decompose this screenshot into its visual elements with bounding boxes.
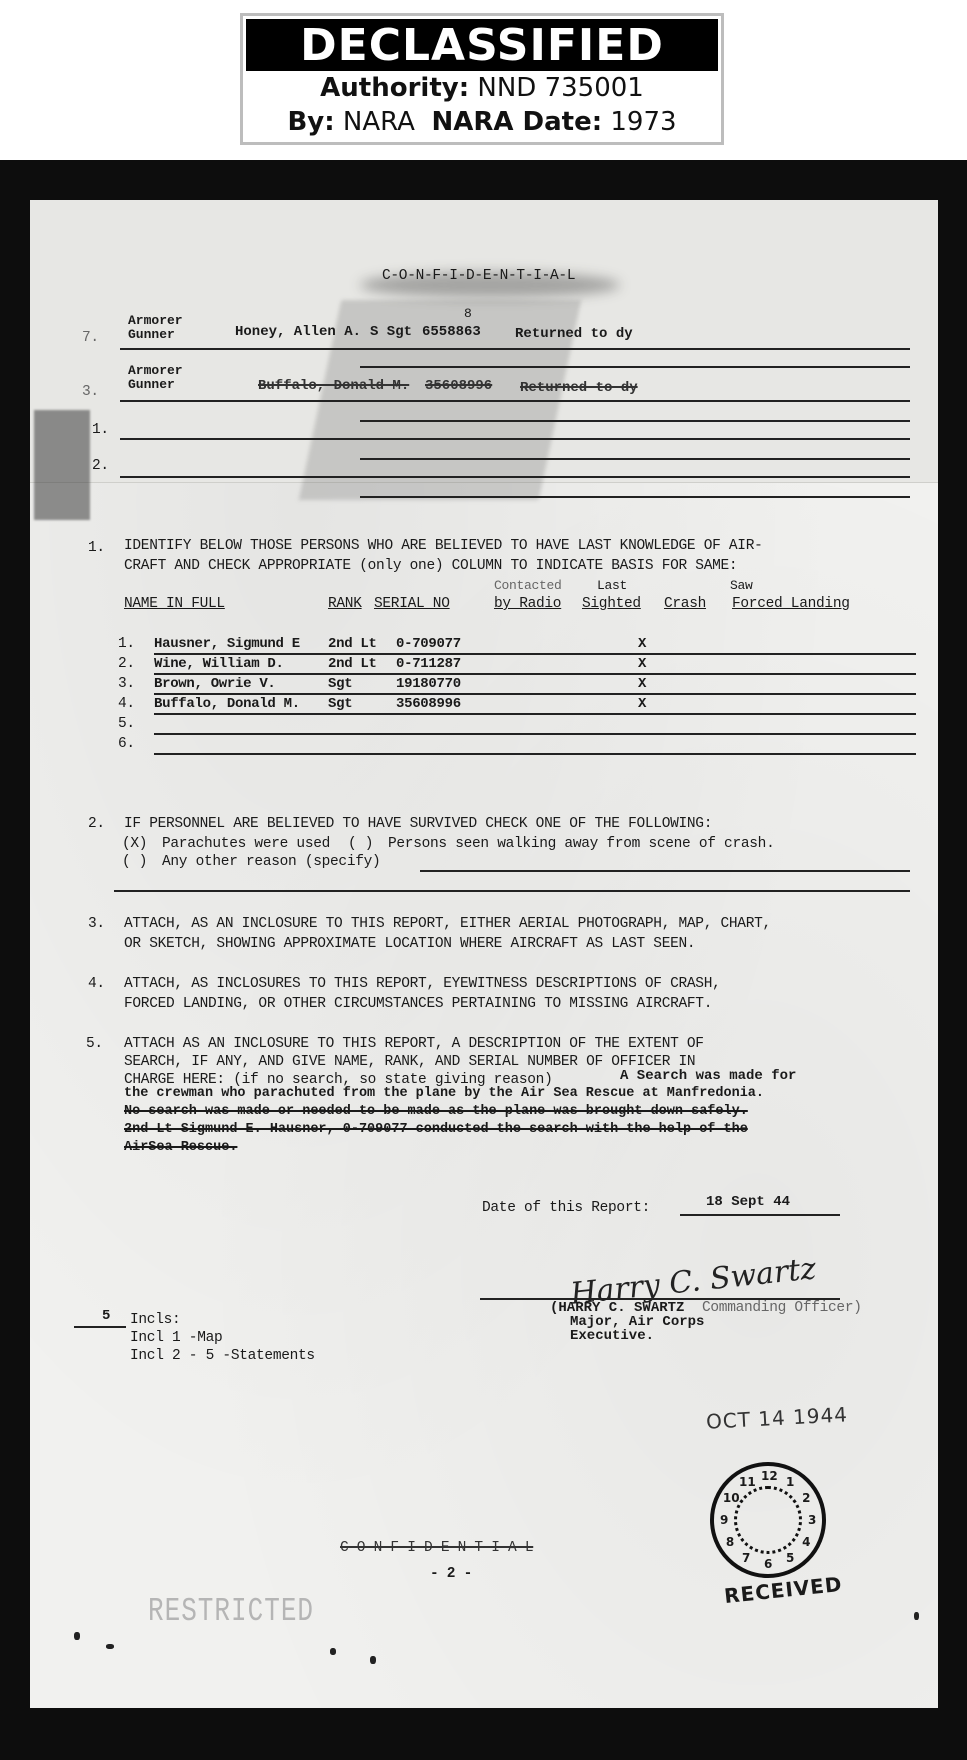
person-name: Hausner, Sigmund E [154, 636, 300, 652]
clock-hour-label: 10 [723, 1491, 740, 1505]
inclosures-count: 5 [102, 1308, 110, 1324]
search-description-struck: 2nd Lt Sigmund E. Hausner, 0-709077 cond… [124, 1122, 748, 1137]
crew-entry-serial: 6558863 [422, 324, 481, 340]
option-label-parachutes: Parachutes were used [162, 836, 330, 852]
section4-text: FORCED LANDING, OR OTHER CIRCUMSTANCES P… [124, 996, 712, 1012]
table-row: 1.Hausner, Sigmund E2nd Lt0-709077X [118, 636, 918, 656]
form-line [154, 753, 916, 755]
blank-line-number: 1. [92, 422, 109, 438]
person-serial: 0-711287 [396, 656, 461, 672]
received-stamp-date: OCT 14 1944 [705, 1402, 848, 1433]
section1-text: CRAFT AND CHECK APPROPRIATE (only one) C… [124, 558, 737, 574]
person-rank: 2nd Lt [328, 636, 377, 652]
section5-text: ATTACH AS AN INCLOSURE TO THIS REPORT, A… [124, 1036, 704, 1052]
document-page: C-O-N-F-I-D-E-N-T-I-A-L 7. Armorer Gunne… [30, 200, 938, 1708]
form-line [360, 496, 910, 498]
search-description-struck: No search was made or needed to be made … [124, 1104, 748, 1119]
report-date-value: 18 Sept 44 [706, 1194, 790, 1210]
search-description-typed: the crewman who parachuted from the plan… [124, 1086, 764, 1101]
clock-hour-label: 4 [802, 1535, 810, 1549]
form-line [120, 400, 910, 402]
person-name: Brown, Owrie V. [154, 676, 276, 692]
form-line [360, 458, 910, 460]
search-description-struck: AirSea Rescue. [124, 1140, 237, 1155]
option-label-walking: Persons seen walking away from scene of … [388, 836, 774, 852]
crew-entry-name: Honey, Allen A. [235, 324, 361, 340]
option-checkbox-other: ( ) [122, 854, 147, 870]
tape-mark [34, 410, 90, 520]
search-description-typed: A Search was made for [620, 1068, 796, 1084]
declassified-banner: DECLASSIFIED Authority: NND 735001 By: N… [240, 13, 724, 145]
option-checkbox-walking: ( ) [348, 836, 373, 852]
person-serial: 19180770 [396, 676, 461, 692]
basis-mark: X [638, 636, 646, 652]
option-checkbox-parachutes: (X) [122, 836, 147, 852]
basis-mark: X [638, 696, 646, 712]
table-row: 6. [118, 736, 918, 756]
clock-stamp-icon: 121234567891011 [710, 1462, 826, 1578]
crew-entry-rank: S Sgt [370, 324, 412, 340]
row-number: 4. [118, 696, 135, 712]
ink-speck [914, 1612, 919, 1620]
form-line [154, 693, 916, 695]
clock-hour-label: 9 [720, 1513, 728, 1527]
inclosure-item: Incl 1 -Map [130, 1330, 222, 1346]
form-line [360, 420, 910, 422]
banner-by: By: NARA NARA Date: 1973 [243, 105, 721, 139]
signer-title-form: Commanding Officer) [702, 1300, 862, 1316]
form-line [120, 476, 910, 478]
form-line [360, 366, 910, 368]
row-number: 3. [118, 676, 135, 692]
banner-authority: Authority: NND 735001 [243, 71, 721, 105]
crew-entry-serial-obscured: 35608996 [425, 378, 492, 394]
inclosures-label: Incls: [130, 1312, 180, 1328]
ink-speck [330, 1648, 336, 1655]
table-row: 2.Wine, William D.2nd Lt0-711287X [118, 656, 918, 676]
table-row: 4.Buffalo, Donald M.Sgt35608996X [118, 696, 918, 716]
crew-entry-number: 3. [82, 384, 99, 400]
signer-role: Executive. [570, 1328, 654, 1344]
row-number: 2. [118, 656, 135, 672]
blank-line-number: 2. [92, 458, 109, 474]
clock-hour-label: 5 [786, 1551, 794, 1565]
person-name: Wine, William D. [154, 656, 284, 672]
clock-hour-label: 12 [761, 1469, 778, 1483]
section-number: 3. [88, 916, 105, 932]
crew-entry-name-obscured: Buffalo, Donald M. [258, 378, 409, 394]
table-row: 5. [118, 716, 918, 736]
form-line [154, 713, 916, 715]
clock-hour-label: 7 [742, 1551, 750, 1565]
crew-entry-status: Returned to dy [520, 380, 638, 396]
ink-speck [370, 1656, 376, 1664]
ink-speck [74, 1632, 80, 1640]
page-number: - 2 - [430, 1566, 472, 1582]
clock-hour-label: 3 [808, 1513, 816, 1527]
person-rank: Sgt [328, 696, 352, 712]
header-classification: C-O-N-F-I-D-E-N-T-I-A-L [382, 268, 575, 284]
row-number: 5. [118, 716, 135, 732]
column-header-forced: Forced Landing [732, 596, 850, 612]
section-number: 5. [86, 1036, 103, 1052]
crew-entry-position: Armorer Gunner [128, 364, 183, 392]
column-header-rank: RANK [328, 596, 362, 612]
basis-mark: X [638, 656, 646, 672]
column-header-sighted-top: Last [597, 578, 627, 593]
section-number: 2. [88, 816, 105, 832]
ink-speck [106, 1644, 114, 1649]
clock-hour-label: 1 [786, 1475, 794, 1489]
column-header-sighted: Sighted [582, 596, 641, 612]
person-name: Buffalo, Donald M. [154, 696, 300, 712]
crew-entry-status: Returned to dy [515, 326, 633, 342]
person-rank: Sgt [328, 676, 352, 692]
form-line [154, 673, 916, 675]
column-header-crash: Crash [664, 596, 706, 612]
person-serial: 0-709077 [396, 636, 461, 652]
column-header-serial: SERIAL NO [374, 596, 450, 612]
section4-text: ATTACH, AS INCLOSURES TO THIS REPORT, EY… [124, 976, 721, 992]
option-label-other: Any other reason (specify) [162, 854, 380, 870]
form-line [154, 653, 916, 655]
banner-title: DECLASSIFIED [246, 19, 718, 71]
person-serial: 35608996 [396, 696, 461, 712]
clock-inner-ring [734, 1486, 802, 1554]
row-number: 6. [118, 736, 135, 752]
column-header-radio-top: Contacted [494, 578, 562, 593]
clock-hour-label: 2 [802, 1491, 810, 1505]
report-date-label: Date of this Report: [482, 1200, 650, 1216]
form-line [680, 1214, 840, 1216]
crew-entry-position: Armorer Gunner [128, 314, 183, 342]
row-number: 1. [118, 636, 135, 652]
column-header-name: NAME IN FULL [124, 596, 225, 612]
section2-text: IF PERSONNEL ARE BELIEVED TO HAVE SURVIV… [124, 816, 712, 832]
basis-mark: X [638, 676, 646, 692]
column-header-radio: by Radio [494, 596, 561, 612]
form-line [420, 870, 910, 872]
section5-text: SEARCH, IF ANY, AND GIVE NAME, RANK, AND… [124, 1054, 695, 1070]
inclosure-item: Incl 2 - 5 -Statements [130, 1348, 315, 1364]
form-line [120, 348, 910, 350]
clock-hour-label: 11 [739, 1475, 756, 1489]
form-line [154, 733, 916, 735]
section-number: 1. [88, 540, 105, 556]
person-rank: 2nd Lt [328, 656, 377, 672]
section-number: 4. [88, 976, 105, 992]
received-stamp-label: RECEIVED [723, 1572, 843, 1608]
clock-hour-label: 8 [726, 1535, 734, 1549]
column-header-forced-top: Saw [730, 578, 753, 593]
form-line [74, 1326, 126, 1328]
crew-entry-number: 7. [82, 330, 99, 346]
serial-correction: 8 [464, 306, 472, 321]
faded-restricted-stamp: RESTRICTED [148, 1592, 314, 1631]
section3-text: OR SKETCH, SHOWING APPROXIMATE LOCATION … [124, 936, 695, 952]
section3-text: ATTACH, AS AN INCLOSURE TO THIS REPORT, … [124, 916, 771, 932]
form-line [120, 438, 910, 440]
table-row: 3.Brown, Owrie V.Sgt19180770X [118, 676, 918, 696]
form-line [114, 890, 910, 892]
footer-classification: C-O-N-F-I-D-E-N-T-I-A-L [340, 1540, 533, 1556]
section1-text: IDENTIFY BELOW THOSE PERSONS WHO ARE BEL… [124, 538, 763, 554]
clock-hour-label: 6 [764, 1557, 772, 1571]
scanned-page-frame: C-O-N-F-I-D-E-N-T-I-A-L 7. Armorer Gunne… [0, 160, 967, 1760]
